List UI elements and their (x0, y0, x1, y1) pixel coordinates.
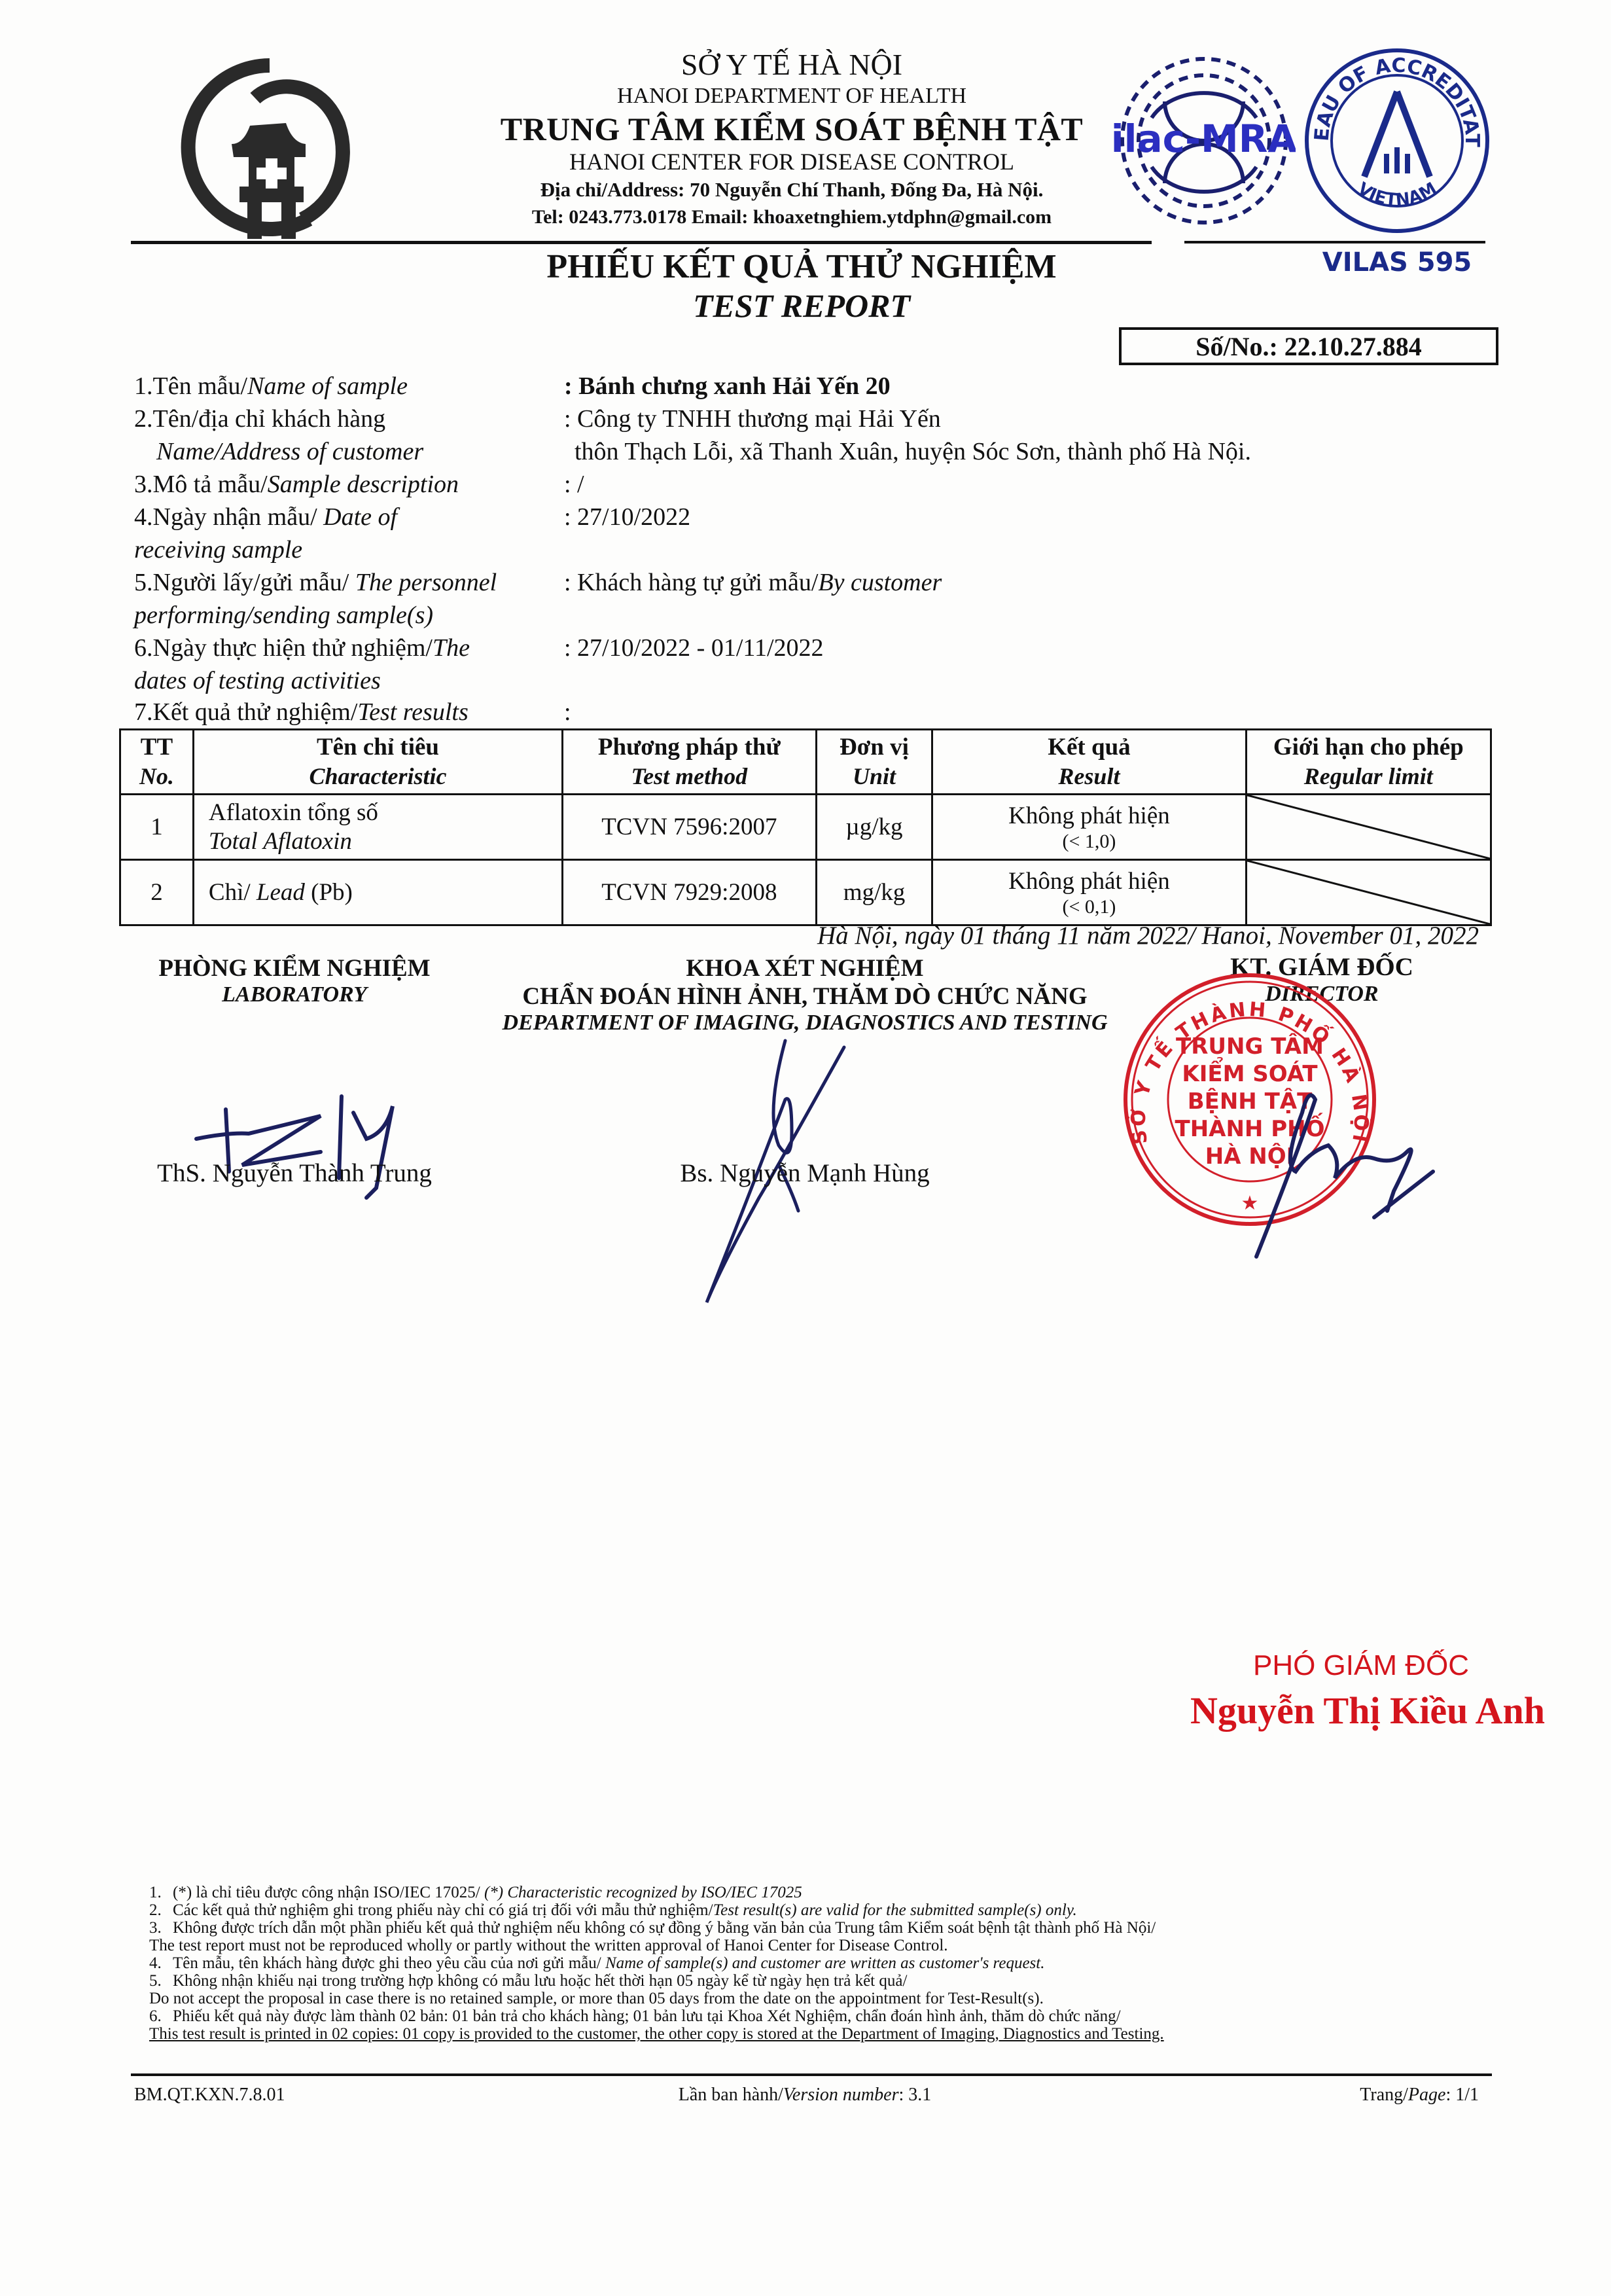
header-divider (131, 241, 1152, 244)
lab-signer-name: ThS. Nguyễn Thành Trung (131, 1158, 458, 1188)
cell-method: TCVN 7929:2008 (563, 860, 816, 925)
footnote-item: 3.Không được trích dẫn một phần phiếu kế… (149, 1919, 1491, 1937)
dept-signer-name: Bs. Nguyễn Mạnh Hùng (628, 1158, 982, 1188)
value-test-results: : (564, 696, 1480, 728)
report-title-en: TEST REPORT (458, 287, 1145, 325)
col-header-no: TTNo. (120, 730, 194, 795)
cell-no: 1 (120, 795, 194, 860)
deputy-director-name: Nguyễn Thị Kiều Anh (1171, 1689, 1564, 1732)
center-name-en: HANOI CENTER FOR DISEASE CONTROL (458, 148, 1125, 175)
footnote-item: 1.(*) là chỉ tiêu được công nhận ISO/IEC… (149, 1884, 1491, 1901)
label-date-received: 4.Ngày nhận mẫu/ Date of receiving sampl… (134, 501, 566, 566)
center-name-vi: TRUNG TÂM KIỂM SOÁT BỆNH TẬT (458, 110, 1125, 148)
dept-name-en: HANOI DEPARTMENT OF HEALTH (458, 84, 1125, 109)
footnotes-divider (131, 2073, 1492, 2076)
cell-method: TCVN 7596:2007 (563, 795, 816, 860)
value-date-received: : 27/10/2022 (564, 501, 1480, 533)
bureau-of-accreditation-seal-icon: BUREAU OF ACCREDITATION VIETNAM (1302, 46, 1492, 236)
footnotes: 1.(*) là chỉ tiêu được công nhận ISO/IEC… (149, 1884, 1491, 2043)
label-sender: 5.Người lấy/gửi mẫu/ The personnel perfo… (134, 566, 566, 632)
cell-unit: µg/kg (816, 795, 932, 860)
value-testing-dates: : 27/10/2022 - 01/11/2022 (564, 632, 1480, 664)
cell-limit (1246, 795, 1491, 860)
hanoi-cdc-logo-icon (171, 52, 368, 242)
table-row: 2 Chì/ Lead (Pb) TCVN 7929:2008 mg/kg Kh… (120, 860, 1491, 925)
col-header-characteristic: Tên chỉ tiêuCharacteristic (193, 730, 562, 795)
footnote-continuation: This test result is printed in 02 copies… (149, 2025, 1491, 2043)
col-header-result: Kết quảResult (932, 730, 1246, 795)
report-number: Số/No.: 22.10.27.884 (1119, 327, 1498, 365)
vilas-number: VILAS 595 (1309, 247, 1485, 278)
col-header-unit: Đơn vịUnit (816, 730, 932, 795)
version-number: Lần ban hành/Version number: 3.1 (589, 2085, 1021, 2106)
value-description: : / (564, 468, 1480, 501)
page-number: Trang/Page: 1/1 (1243, 2085, 1479, 2106)
results-table: TTNo. Tên chỉ tiêuCharacteristic Phương … (119, 728, 1492, 926)
footnote-item: 4.Tên mẫu, tên khách hàng được ghi theo … (149, 1954, 1491, 1972)
table-header-row: TTNo. Tên chỉ tiêuCharacteristic Phương … (120, 730, 1491, 795)
cell-limit (1246, 860, 1491, 925)
label-customer: 2.Tên/địa chỉ khách hàng Name/Address of… (134, 403, 566, 468)
lab-signature-block: PHÒNG KIỂM NGHIỆM LABORATORY (131, 954, 458, 1007)
footnote-continuation: Do not accept the proposal in case there… (149, 1990, 1491, 2007)
label-description: 3.Mô tả mẫu/Sample description (134, 468, 566, 501)
cell-unit: mg/kg (816, 860, 932, 925)
dept-signature-block: KHOA XÉT NGHIỆM CHẨN ĐOÁN HÌNH ẢNH, THĂM… (458, 954, 1152, 1035)
value-sender: : Khách hàng tự gửi mẫu/By customer (564, 566, 1480, 599)
col-header-method: Phương pháp thửTest method (563, 730, 816, 795)
director-signature-ink-icon (1243, 1060, 1466, 1270)
label-testing-dates: 6.Ngày thực hiện thử nghiệm/The dates of… (134, 632, 566, 697)
value-customer: : Công ty TNHH thương mại Hải Yến thôn T… (564, 403, 1480, 468)
cell-characteristic: Aflatoxin tổng số Total Aflatoxin (193, 795, 562, 860)
footnote-item: 5.Không nhận khiếu nại trong trường hợp … (149, 1972, 1491, 1990)
issue-date: Hà Nội, ngày 01 tháng 11 năm 2022/ Hanoi… (589, 921, 1479, 950)
report-title-vi: PHIẾU KẾT QUẢ THỬ NGHIỆM (458, 247, 1145, 286)
label-test-results: 7.Kết quả thử nghiệm/Test results (134, 696, 566, 728)
ilac-mra-mark-icon: ilac-MRA (1112, 26, 1296, 255)
deputy-director-title: PHÓ GIÁM ĐỐC (1230, 1649, 1492, 1682)
svg-text:VIETNAM: VIETNAM (1354, 179, 1440, 210)
center-address: Địa chỉ/Address: 70 Nguyễn Chí Thanh, Đố… (458, 178, 1125, 202)
svg-text:TRUNG TÂM: TRUNG TÂM (1176, 1033, 1324, 1060)
cell-result: Không phát hiện (< 1,0) (932, 795, 1246, 860)
center-contact: Tel: 0243.773.0178 Email: khoaxetnghiem.… (458, 206, 1125, 228)
value-sample-name: : Bánh chưng xanh Hải Yến 20 (564, 370, 1480, 403)
footnote-item: 6.Phiếu kết quả này được làm thành 02 bả… (149, 2007, 1491, 2025)
form-code: BM.QT.KXN.7.8.01 (134, 2085, 285, 2106)
footnote-continuation: The test report must not be reproduced w… (149, 1937, 1491, 1954)
dept-name-vi: SỞ Y TẾ HÀ NỘI (458, 47, 1125, 82)
footnote-item: 2.Các kết quả thử nghiệm ghi trong phiếu… (149, 1901, 1491, 1919)
svg-text:ilac-MRA: ilac-MRA (1112, 117, 1296, 161)
cell-result: Không phát hiện (< 0,1) (932, 860, 1246, 925)
cell-characteristic: Chì/ Lead (Pb) (193, 860, 562, 925)
label-sample-name: 1.Tên mẫu/Name of sample (134, 370, 566, 403)
col-header-limit: Giới hạn cho phépRegular limit (1246, 730, 1491, 795)
table-row: 1 Aflatoxin tổng số Total Aflatoxin TCVN… (120, 795, 1491, 860)
cell-no: 2 (120, 860, 194, 925)
